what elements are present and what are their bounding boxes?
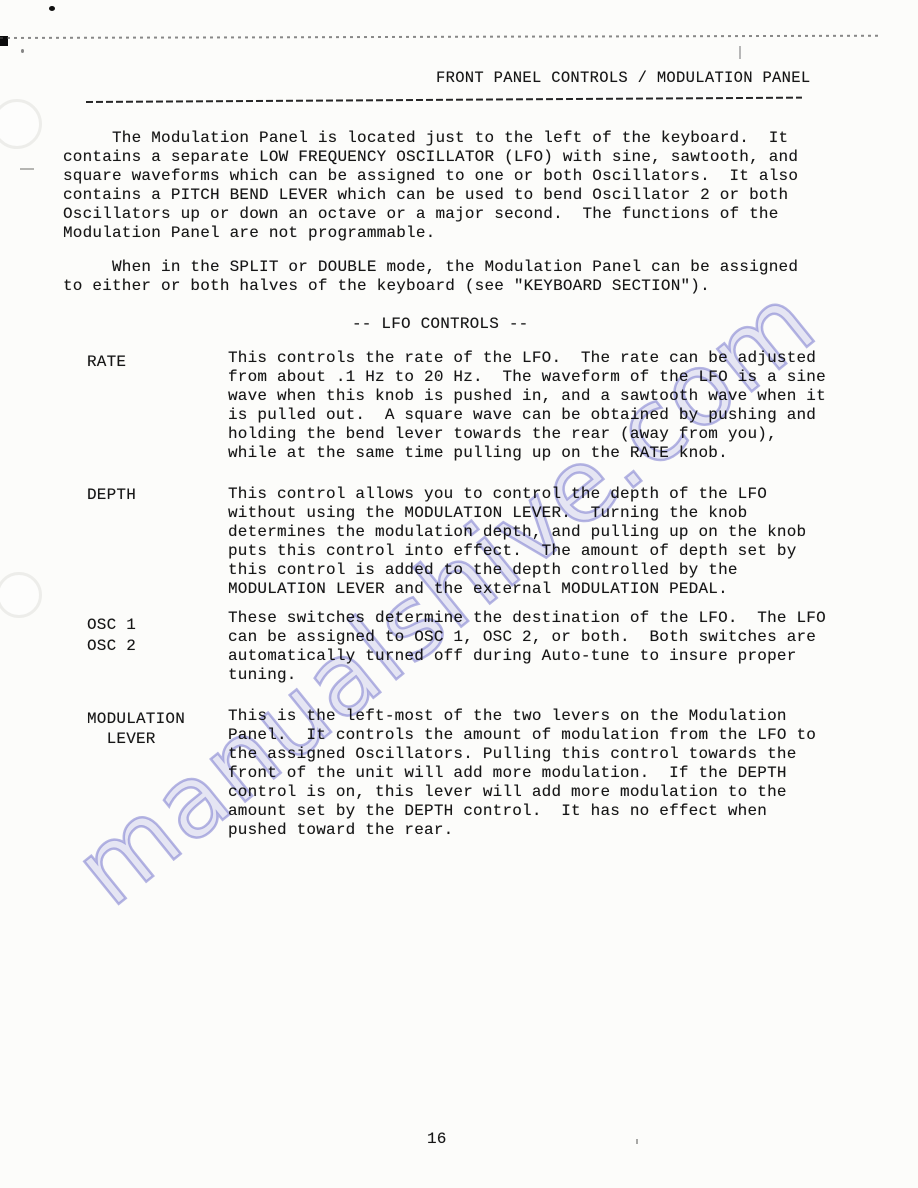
scan-bottom-mark (636, 1139, 638, 1144)
entry-description-depth: This control allows you to control the d… (228, 485, 806, 599)
entry-description-modulation-lever: This is the left-most of the two levers … (228, 707, 816, 840)
entry-label-osc-1-2: OSC 1 OSC 2 (87, 615, 136, 657)
scan-speck-dot (49, 6, 55, 11)
header-dashed-rule (86, 97, 802, 104)
page-number: 16 (427, 1130, 447, 1149)
intro-paragraph-2: When in the SPLIT or DOUBLE mode, the Mo… (63, 258, 798, 296)
scanned-manual-page: FRONT PANEL CONTROLS / MODULATION PANEL … (0, 0, 918, 1188)
intro-paragraph-1: The Modulation Panel is located just to … (63, 129, 798, 243)
page-header-title: FRONT PANEL CONTROLS / MODULATION PANEL (436, 69, 810, 88)
entry-label-modulation-lever: MODULATION LEVER (87, 709, 185, 749)
entry-label-depth: DEPTH (87, 486, 136, 505)
scan-faint-dash (20, 168, 34, 170)
entry-description-osc-1-2: These switches determine the destination… (228, 609, 826, 685)
punch-hole-middle (0, 572, 42, 618)
scan-speck-dot-small (21, 49, 24, 53)
entry-description-rate: This controls the rate of the LFO. The r… (228, 349, 826, 463)
lfo-controls-heading: -- LFO CONTROLS -- (352, 315, 528, 334)
scan-dotted-line (0, 35, 882, 39)
scan-tick-mark (739, 46, 741, 59)
punch-hole-top (0, 99, 42, 149)
entry-label-rate: RATE (87, 353, 126, 372)
